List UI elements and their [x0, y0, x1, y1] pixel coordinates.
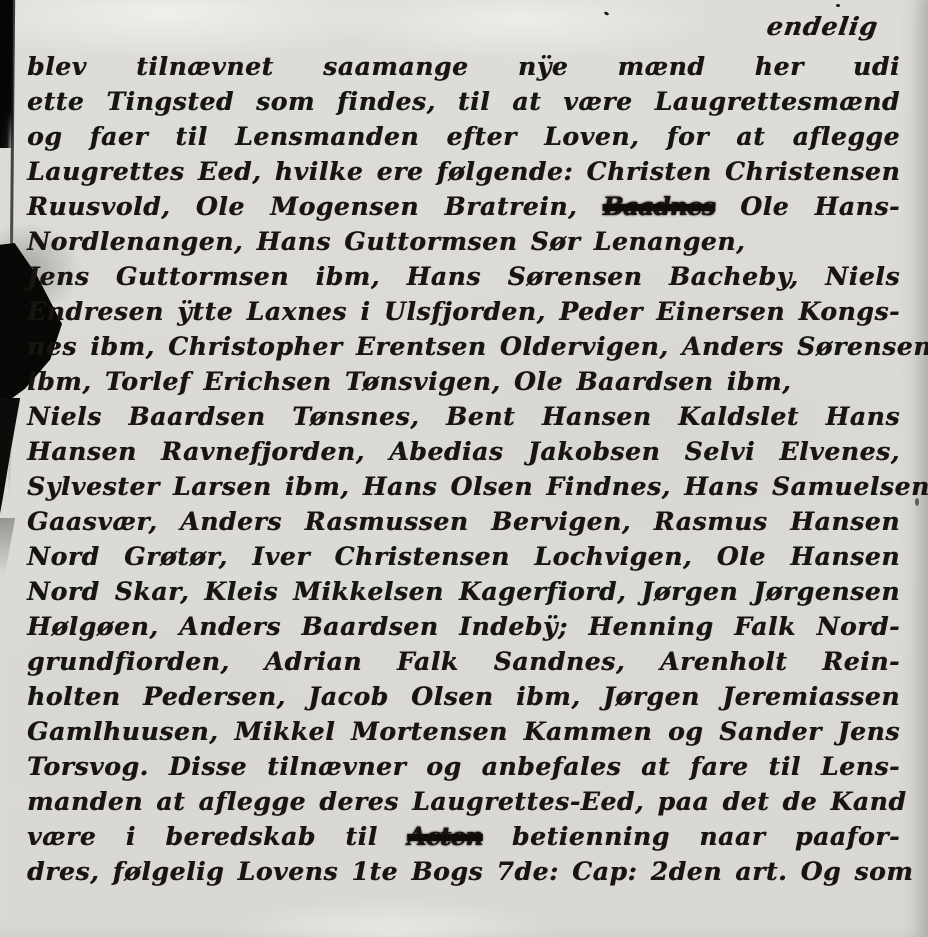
line-text: nes ibm, Christopher Erentsen Oldervigen… — [27, 332, 928, 361]
struck-word: Acten — [407, 822, 482, 851]
line-text: blev tilnævnet saamange nÿe mænd her udi — [27, 52, 900, 81]
line-text: Ruusvold, Ole Mogensen Bratrein, — [27, 192, 603, 221]
manuscript-text-block: blev tilnævnet saamange nÿe mænd her udi… — [0, 49, 928, 889]
line-text: Laugrettes Eed, hvilke ere følgende: Chr… — [27, 157, 900, 186]
line-text: Hansen Ravnefjorden, Abedias Jakobsen Se… — [27, 437, 900, 466]
line-text: Niels Baardsen Tønsnes, Bent Hansen Kald… — [27, 402, 900, 431]
line-text: holten Pedersen, Jacob Olsen ibm, Jørgen… — [27, 682, 900, 711]
ink-speck — [604, 11, 610, 16]
line-text: ette Tingsted som findes, til at være La… — [27, 87, 900, 116]
line-text: Jens Guttormsen ibm, Hans Sørensen Bache… — [27, 262, 900, 291]
line-text: manden at aflegge deres Laugrettes-Eed, … — [27, 787, 906, 816]
line-text: dres, følgelig Lovens 1te Bogs 7de: Cap:… — [27, 857, 913, 886]
manuscript-line: Hølgøen, Anders Baardsen Indebÿ; Henning… — [27, 609, 900, 644]
line-text: Torsvog. Disse tilnævner og anbefales at… — [27, 752, 900, 781]
struck-word: Baadnes — [603, 192, 715, 221]
line-text: være i beredskab til — [27, 822, 407, 851]
manuscript-line: Laugrettes Eed, hvilke ere følgende: Chr… — [27, 154, 900, 189]
manuscript-line: grundfiorden, Adrian Falk Sandnes, Arenh… — [27, 644, 900, 679]
line-text: Ole Hans- — [715, 192, 900, 221]
ink-speck — [836, 4, 840, 7]
manuscript-line: og faer til Lensmanden efter Loven, for … — [27, 119, 900, 154]
manuscript-line: Ruusvold, Ole Mogensen Bratrein, Baadnes… — [27, 189, 900, 224]
manuscript-line: Niels Baardsen Tønsnes, Bent Hansen Kald… — [27, 399, 900, 434]
line-text: Nord Skar, Kleis Mikkelsen Kagerfiord, J… — [27, 577, 900, 606]
line-text: og faer til Lensmanden efter Loven, for … — [27, 122, 900, 151]
line-text: Hølgøen, Anders Baardsen Indebÿ; Henning… — [27, 612, 900, 641]
manuscript-line: være i beredskab til Acten betienning na… — [27, 819, 900, 854]
manuscript-line: dres, følgelig Lovens 1te Bogs 7de: Cap:… — [27, 854, 900, 889]
manuscript-line: Nord Grøtør, Iver Christensen Lochvigen,… — [27, 539, 900, 574]
manuscript-line: Gamlhuusen, Mikkel Mortensen Kammen og S… — [27, 714, 900, 749]
line-text: ibm, Torlef Erichsen Tønsvigen, Ole Baar… — [27, 367, 791, 396]
line-text: Nordlenangen, Hans Guttormsen Sør Lenang… — [27, 227, 745, 256]
manuscript-line: Nordlenangen, Hans Guttormsen Sør Lenang… — [27, 224, 900, 259]
catchword: endelig — [765, 12, 880, 41]
line-text: Gaasvær, Anders Rasmussen Bervigen, Rasm… — [27, 507, 900, 536]
line-text: Endresen ÿtte Laxnes i Ulsfjorden, Peder… — [27, 297, 900, 326]
line-text: grundfiorden, Adrian Falk Sandnes, Arenh… — [27, 647, 900, 676]
line-text: betienning naar paafor- — [482, 822, 900, 851]
manuscript-line: Jens Guttormsen ibm, Hans Sørensen Bache… — [27, 259, 900, 294]
manuscript-line: manden at aflegge deres Laugrettes-Eed, … — [27, 784, 900, 819]
manuscript-line: Nord Skar, Kleis Mikkelsen Kagerfiord, J… — [27, 574, 900, 609]
manuscript-line: Gaasvær, Anders Rasmussen Bervigen, Rasm… — [27, 504, 900, 539]
manuscript-line: Torsvog. Disse tilnævner og anbefales at… — [27, 749, 900, 784]
manuscript-line: blev tilnævnet saamange nÿe mænd her udi — [27, 49, 900, 84]
manuscript-line: Endresen ÿtte Laxnes i Ulsfjorden, Peder… — [27, 294, 900, 329]
line-text: Gamlhuusen, Mikkel Mortensen Kammen og S… — [27, 717, 900, 746]
line-text: Nord Grøtør, Iver Christensen Lochvigen,… — [27, 542, 900, 571]
line-text: Sylvester Larsen ibm, Hans Olsen Findnes… — [27, 472, 928, 501]
manuscript-line: nes ibm, Christopher Erentsen Oldervigen… — [27, 329, 900, 364]
manuscript-line: holten Pedersen, Jacob Olsen ibm, Jørgen… — [27, 679, 900, 714]
manuscript-line: ette Tingsted som findes, til at være La… — [27, 84, 900, 119]
manuscript-line: Sylvester Larsen ibm, Hans Olsen Findnes… — [27, 469, 900, 504]
manuscript-line: Hansen Ravnefjorden, Abedias Jakobsen Se… — [27, 434, 900, 469]
manuscript-line: ibm, Torlef Erichsen Tønsvigen, Ole Baar… — [27, 364, 900, 399]
manuscript-page: endelig blev tilnævnet saamange nÿe mænd… — [0, 0, 928, 937]
